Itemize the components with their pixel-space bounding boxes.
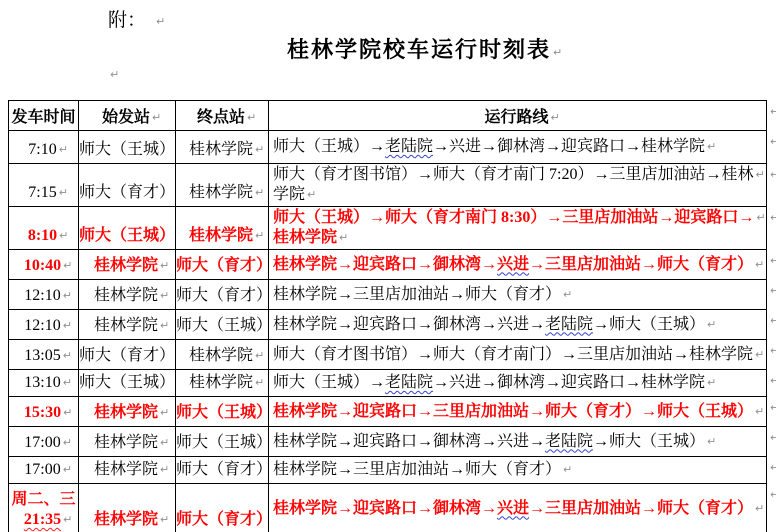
terminal-station-text: 师大（育才） <box>176 461 269 478</box>
column-header-text: 始发站 <box>102 109 150 126</box>
departure-time-text: 15:30 <box>24 404 61 421</box>
column-header: 发车时间 <box>9 101 79 131</box>
cell-route: 师大（王城）→老陆院→兴进→御林湾→迎宾路口→桂林学院↵ <box>269 131 767 164</box>
route-segment: 老陆院 <box>545 433 593 450</box>
cell-route: 桂林学院→迎宾路口→御林湾→兴进→老陆院→师大（王城）↵ <box>269 427 767 457</box>
cell-terminal-station: 桂林学院↵ <box>176 370 269 397</box>
cell-departure-time: 17:00↵ <box>9 457 79 484</box>
row-end-mark: ↵ <box>770 254 776 267</box>
table-row: 7:10↵师大（王城）桂林学院↵师大（王城）→老陆院→兴进→御林湾→迎宾路口→桂… <box>9 131 767 164</box>
table-row: 17:00↵桂林学院↵师大（王城）桂林学院→迎宾路口→御林湾→兴进→老陆院→师大… <box>9 427 767 457</box>
terminal-station-text: 师大（育才） <box>176 287 269 304</box>
departure-time-text: 12:10 <box>24 317 60 334</box>
cell-origin-station: 桂林学院↵ <box>79 280 176 310</box>
document-page: { "page": { "attachment_label": "附：", "t… <box>0 0 776 532</box>
row-end-mark: ↵ <box>770 211 776 224</box>
attachment-label-text: 附： <box>108 10 146 31</box>
route-segment: →师大（王城） <box>593 433 705 450</box>
origin-station-text: 师大（育才） <box>79 347 175 364</box>
cell-origin-station: 桂林学院↵ <box>79 397 176 427</box>
route-segment: 兴进 <box>497 500 529 517</box>
cell-route: 师大（育才图书馆）→师大（育才南门）→三里店加油站→桂林学院↵ <box>269 340 767 370</box>
column-header-text: 运行路线 <box>484 109 548 126</box>
departure-time-text: 12:10 <box>24 287 60 304</box>
route-segment: →三里店加油站→师大（育才） <box>529 500 753 517</box>
cell-terminal-station: 师大（育才） <box>176 250 269 280</box>
bus-schedule-table: 发车时间始发站↵终点站↵运行路线↵ 7:10↵师大（王城）桂林学院↵师大（王城）… <box>8 100 767 532</box>
cell-route: 师大（王城）→师大（育才南门 8:30）→三里店加油站→迎宾路口→↵桂林学院↵ <box>269 207 767 250</box>
terminal-station-text: 师大（王城） <box>176 404 269 421</box>
departure-time-text: 13:10 <box>24 374 60 391</box>
departure-time-text: 7:15 <box>28 184 56 201</box>
route-segment: 师大（王城）→师大（育才南门 8:30）→三里店加油站→迎宾路口→ <box>273 209 754 226</box>
terminal-station-text: 师大（育才） <box>176 257 269 274</box>
terminal-station-text: 师大（育才） <box>176 511 269 528</box>
cell-departure-time: 周二、三21:35↵ <box>9 484 79 532</box>
departure-time-text: 10:40 <box>24 257 61 274</box>
origin-station-text: 师大（王城） <box>79 141 175 158</box>
row-end-mark: ↵ <box>770 374 776 387</box>
cell-origin-station: 桂林学院↵ <box>79 310 176 340</box>
origin-station-text: 桂林学院 <box>94 257 158 274</box>
table-row: 13:05↵师大（育才）桂林学院↵师大（育才图书馆）→师大（育才南门）→三里店加… <box>9 340 767 370</box>
row-end-mark: ↵ <box>770 135 776 148</box>
cell-route: 师大（王城）→老陆院→兴进→御林湾→迎宾路口→桂林学院↵ <box>269 370 767 397</box>
origin-station-text: 桂林学院 <box>94 511 158 528</box>
route-segment: 师大（王城）→ <box>273 374 385 391</box>
table-row: 15:30↵桂林学院↵师大（王城）桂林学院→迎宾路口→三里店加油站→师大（育才）… <box>9 397 767 427</box>
table-row: 周二、三21:35↵桂林学院↵师大（育才）桂林学院→迎宾路口→御林湾→兴进→三里… <box>9 484 767 532</box>
route-segment: →师大（王城） <box>593 316 705 333</box>
departure-time-text: 17:00 <box>24 461 60 478</box>
header-row: 发车时间始发站↵终点站↵运行路线↵ <box>9 101 767 131</box>
cell-terminal-station: 师大（王城） <box>176 427 269 457</box>
cell-departure-time: 12:10↵ <box>9 310 79 340</box>
origin-station-text: 师大（王城） <box>79 374 175 391</box>
cell-terminal-station: 师大（王城） <box>176 397 269 427</box>
column-header: 终点站↵ <box>176 101 269 131</box>
origin-station-text: 桂林学院 <box>94 404 158 421</box>
column-header-text: 发车时间 <box>11 109 75 126</box>
origin-station-text: 桂林学院 <box>94 287 158 304</box>
departure-time-text: 17:00 <box>24 434 60 451</box>
terminal-station-text: 桂林学院 <box>189 141 253 158</box>
column-header-text: 终点站 <box>197 109 245 126</box>
cell-route: 桂林学院→迎宾路口→御林湾→兴进→三里店加油站→师大（育才）↵ <box>269 250 767 280</box>
origin-station-text: 桂林学院 <box>94 317 158 334</box>
cell-departure-time: 17:00↵ <box>9 427 79 457</box>
origin-station-text: 师大（王城） <box>79 227 175 244</box>
route-segment: 学院 <box>273 186 305 203</box>
column-header: 运行路线↵ <box>269 101 767 131</box>
route-segment: 桂林学院→迎宾路口→御林湾→兴进→ <box>273 316 545 333</box>
cell-terminal-station: 桂林学院↵ <box>176 164 269 207</box>
route-segment: 师大（王城）→ <box>273 138 385 155</box>
route-segment: →兴进→御林湾→迎宾路口→桂林学院 <box>433 374 705 391</box>
cell-route: 桂林学院→迎宾路口→三里店加油站→师大（育才）→师大（王城）↵ <box>269 397 767 427</box>
cell-origin-station: 桂林学院↵ <box>79 250 176 280</box>
cell-terminal-station: 师大（育才） <box>176 484 269 532</box>
departure-time-text: 8:10 <box>28 227 57 244</box>
departure-time-text: 7:10 <box>28 141 56 158</box>
route-segment: 老陆院 <box>385 374 433 391</box>
cell-departure-time: 15:30↵ <box>9 397 79 427</box>
cell-terminal-station: 师大（育才） <box>176 457 269 484</box>
cell-departure-time: 8:10↵ <box>9 207 79 250</box>
route-segment: 老陆院 <box>545 316 593 333</box>
row-end-mark: ↵ <box>770 461 776 474</box>
origin-station-text: 师大（育才） <box>79 184 175 201</box>
cell-origin-station: 桂林学院↵ <box>79 457 176 484</box>
row-end-mark: ↵ <box>770 105 776 118</box>
schedule-body: 7:10↵师大（王城）桂林学院↵师大（王城）→老陆院→兴进→御林湾→迎宾路口→桂… <box>9 131 767 532</box>
terminal-station-text: 师大（王城） <box>176 317 269 334</box>
cell-terminal-station: 师大（王城） <box>176 310 269 340</box>
route-segment: 桂林学院→迎宾路口→御林湾→兴进→ <box>273 433 545 450</box>
cell-departure-time: 10:40↵ <box>9 250 79 280</box>
route-segment: →三里店加油站→师大（育才） <box>529 256 753 273</box>
cell-origin-station: 桂林学院↵ <box>79 484 176 532</box>
cell-terminal-station: 桂林学院↵ <box>176 131 269 164</box>
route-segment: 桂林学院 <box>273 229 337 246</box>
column-header: 始发站↵ <box>79 101 176 131</box>
row-end-mark: ↵ <box>770 431 776 444</box>
page-title-text: 桂林学院校车运行时刻表 <box>287 37 551 62</box>
cell-route: 桂林学院→迎宾路口→御林湾→兴进→老陆院→师大（王城）↵ <box>269 310 767 340</box>
route-segment: 师大（育才图书馆）→师大（育才南门）→三里店加油站→桂林学院 <box>273 346 753 363</box>
terminal-station-text: 桂林学院 <box>189 374 253 391</box>
cell-terminal-station: 桂林学院↵ <box>176 207 269 250</box>
cell-terminal-station: 桂林学院↵ <box>176 340 269 370</box>
row-end-mark: ↵ <box>770 168 776 181</box>
table-row: 8:10↵师大（王城）桂林学院↵师大（王城）→师大（育才南门 8:30）→三里店… <box>9 207 767 250</box>
cell-route: 师大（育才图书馆）→师大（育才南门 7:20）→三里店加油站→桂林↵学院↵ <box>269 164 767 207</box>
day-note: 周二、三 <box>9 490 78 510</box>
route-segment: 老陆院 <box>385 138 433 155</box>
page-title: 桂林学院校车运行时刻表↵ <box>0 33 776 64</box>
origin-station-text: 桂林学院 <box>94 434 158 451</box>
route-segment: 桂林学院→三里店加油站→师大（育才） <box>273 286 561 303</box>
row-end-mark: ↵ <box>770 314 776 327</box>
cell-origin-station: 师大（育才） <box>79 340 176 370</box>
table-row: 10:40↵桂林学院↵师大（育才）桂林学院→迎宾路口→御林湾→兴进→三里店加油站… <box>9 250 767 280</box>
route-segment: 师大（育才图书馆）→师大（育才南门 7:20）→三里店加油站→桂林 <box>273 166 753 183</box>
table-row: 7:15↵师大（育才）桂林学院↵师大（育才图书馆）→师大（育才南门 7:20）→… <box>9 164 767 207</box>
cell-origin-station: 师大（王城） <box>79 370 176 397</box>
cell-route: 桂林学院→三里店加油站→师大（育才）↵ <box>269 457 767 484</box>
terminal-station-text: 桂林学院 <box>189 347 253 364</box>
terminal-station-text: 桂林学院 <box>189 227 253 244</box>
row-end-mark: ↵ <box>770 284 776 297</box>
cell-departure-time: 7:10↵ <box>9 131 79 164</box>
table-row: 17:00↵桂林学院↵师大（育才）桂林学院→三里店加油站→师大（育才）↵ <box>9 457 767 484</box>
row-end-mark: ↵ <box>770 344 776 357</box>
route-segment: 兴进 <box>497 256 529 273</box>
route-segment: 桂林学院→三里店加油站→师大（育才） <box>273 461 561 478</box>
table-row: 12:10↵桂林学院↵师大（王城）桂林学院→迎宾路口→御林湾→兴进→老陆院→师大… <box>9 310 767 340</box>
cell-origin-station: 桂林学院↵ <box>79 427 176 457</box>
origin-station-text: 桂林学院 <box>94 461 158 478</box>
cell-departure-time: 7:15↵ <box>9 164 79 207</box>
route-segment: 桂林学院→迎宾路口→御林湾→ <box>273 256 497 273</box>
table-row: 13:10↵师大（王城）桂林学院↵师大（王城）→老陆院→兴进→御林湾→迎宾路口→… <box>9 370 767 397</box>
row-end-mark: ↵ <box>770 401 776 414</box>
terminal-station-text: 桂林学院 <box>189 184 253 201</box>
attachment-label: 附：↵ <box>108 5 156 32</box>
table-row: 12:10↵桂林学院↵师大（育才）桂林学院→三里店加油站→师大（育才）↵ <box>9 280 767 310</box>
route-segment: 桂林学院→迎宾路口→御林湾→ <box>273 500 497 517</box>
route-segment: 桂林学院→迎宾路口→三里店加油站→师大（育才）→师大（王城） <box>273 403 753 420</box>
cell-origin-station: 师大（王城） <box>79 131 176 164</box>
cell-route: 桂林学院→三里店加油站→师大（育才）↵ <box>269 280 767 310</box>
cell-terminal-station: 师大（育才） <box>176 280 269 310</box>
route-segment: →兴进→御林湾→迎宾路口→桂林学院 <box>433 138 705 155</box>
departure-time-text: 13:05 <box>24 347 60 364</box>
cell-route: 桂林学院→迎宾路口→御林湾→兴进→三里店加油站→师大（育才）↵ <box>269 484 767 532</box>
cell-departure-time: 12:10↵ <box>9 280 79 310</box>
cell-origin-station: 师大（育才） <box>79 164 176 207</box>
cell-departure-time: 13:05↵ <box>9 340 79 370</box>
row-end-mark: ↵ <box>770 488 776 501</box>
cell-departure-time: 13:10↵ <box>9 370 79 397</box>
terminal-station-text: 师大（王城） <box>176 434 269 451</box>
departure-time-text: 21:35 <box>24 511 61 528</box>
cell-origin-station: 师大（王城） <box>79 207 176 250</box>
